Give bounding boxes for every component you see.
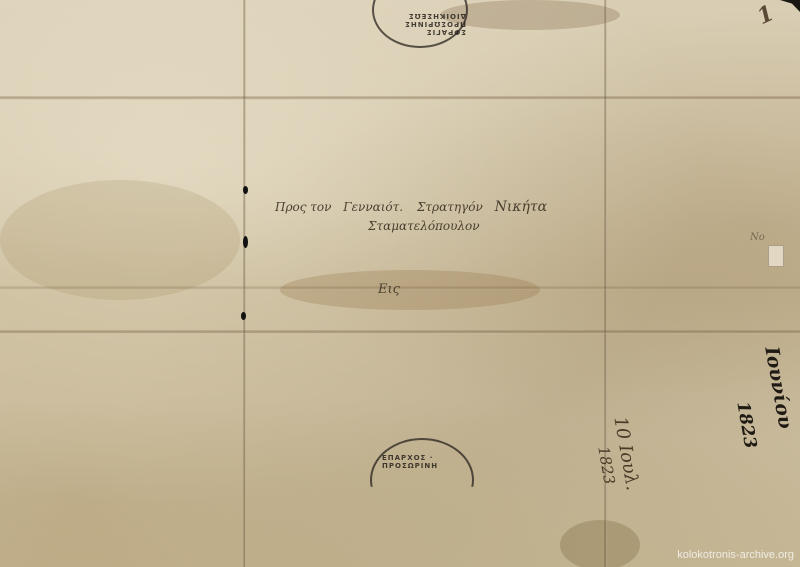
water-stain xyxy=(280,270,540,310)
document-scan: 1 ΣΦΡΑΓΙΣ ΠΡΟΣΩΡΙΝΗΣ ΔΙΟΙΚΗΣΕΩΣ Προς τον… xyxy=(0,0,800,567)
archive-month-note: Ιουνίου xyxy=(760,345,796,431)
address-first-name: Νικήτα xyxy=(495,199,548,215)
side-note: Νο xyxy=(750,232,765,243)
top-seal-stamp: ΣΦΡΑΓΙΣ ΠΡΟΣΩΡΙΝΗΣ ΔΙΟΙΚΗΣΕΩΣ xyxy=(372,0,468,48)
horizontal-fold xyxy=(0,330,800,334)
address-line-1: Προς τον Γενναιότ. Στρατηγόν Νικήτα xyxy=(275,199,547,215)
address-to: Προς τον xyxy=(275,200,331,214)
vertical-fold xyxy=(243,0,246,567)
bottom-seal-stamp: ΕΠΑΡΧΟΣ · ΠΡΟΣΩΡΙΝΗ xyxy=(370,438,474,522)
horizontal-fold xyxy=(0,96,800,100)
seal-text: ΕΠΑΡΧΟΣ · ΠΡΟΣΩΡΙΝΗ xyxy=(382,454,472,470)
corner-mark: 1 xyxy=(753,0,778,30)
horizontal-fold xyxy=(0,286,800,290)
water-stain xyxy=(560,520,640,567)
watermark-text: kolokotronis-archive.org xyxy=(677,549,794,561)
address-honorific: Γενναιότ. xyxy=(343,200,403,214)
hole xyxy=(241,312,246,320)
address-rank: Στρατηγόν xyxy=(417,200,483,214)
routing-note: Εις xyxy=(378,282,400,297)
archive-year-bold: 1823 xyxy=(732,400,760,450)
address-line-2: Σταματελόπουλον xyxy=(368,219,480,233)
hole xyxy=(243,186,248,194)
seal-text: ΣΦΡΑΓΙΣ ΠΡΟΣΩΡΙΝΗΣ ΔΙΟΙΚΗΣΕΩΣ xyxy=(382,12,466,36)
water-stain xyxy=(0,180,240,300)
paper-tear-patch xyxy=(768,245,784,267)
torn-edge xyxy=(780,0,800,12)
hole xyxy=(243,236,248,248)
